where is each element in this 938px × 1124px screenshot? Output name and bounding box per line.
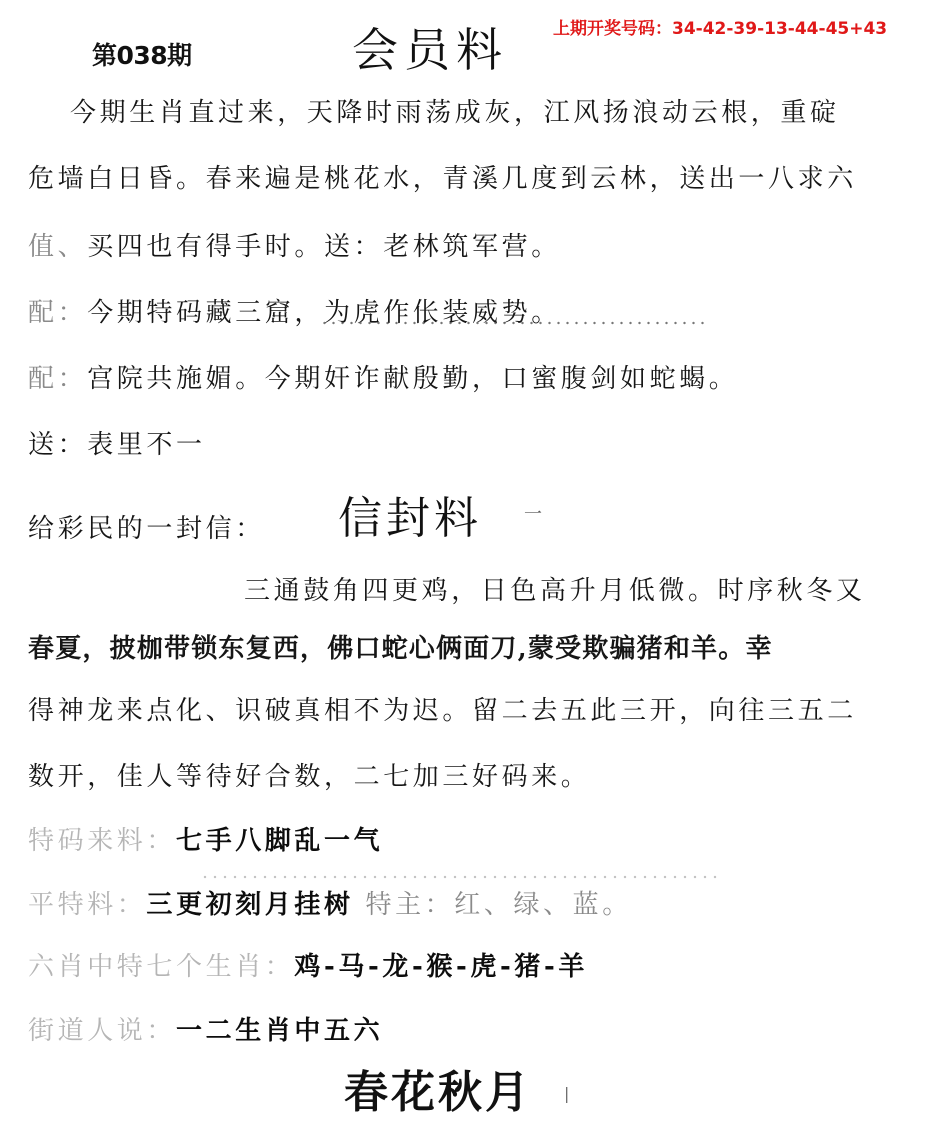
song-line: 送：表里不一 <box>28 424 206 461</box>
issue-number: 第038期 <box>92 36 192 72</box>
tip-label: 街道人说： <box>28 1016 176 1046</box>
poem-line: 今期生肖直过来，天降时雨荡成灰，江风扬浪动云根，重碇 <box>70 92 840 129</box>
last-draw-label: 上期开奖号码： <box>553 19 672 39</box>
tip-label: 六肖中特七个生肖： <box>28 952 294 982</box>
song-label: 送： <box>28 430 87 460</box>
tip-special-code: 特码来料：七手八脚乱一气 <box>28 820 383 857</box>
dotted-divider <box>200 874 720 880</box>
last-draw-numbers: 34-42-39-13-44-45+43 <box>672 19 887 39</box>
tip-flat-special: 平特料：三更初刻月挂树 特主：红、绿、蓝。 <box>28 884 632 921</box>
pei-label: 配： <box>28 298 87 328</box>
pei-line: 配：宫院共施媚。今期奸诈献殷勤，口蜜腹剑如蛇蝎。 <box>28 358 738 395</box>
tick-mark: | <box>564 1084 569 1103</box>
letter-title: 信封料 <box>338 482 482 546</box>
tip-zodiacs: 六肖中特七个生肖：鸡-马-龙-猴-虎-猪-羊 <box>28 946 588 983</box>
tip-label: 特码来料： <box>28 826 176 856</box>
poem-line: 值、买四也有得手时。送：老林筑军营。 <box>28 226 561 263</box>
last-draw-result: 上期开奖号码：34-42-39-13-44-45+43 <box>553 14 887 39</box>
letter-paragraph-line: 得神龙来点化、识破真相不为迟。留二去五此三开，向往三五二 <box>28 690 857 727</box>
page-title: 会员料 <box>352 14 508 80</box>
dotted-divider <box>320 320 710 326</box>
poem-line-text: 买四也有得手时。送：老林筑军营。 <box>87 232 561 262</box>
letter-paragraph-line: 春夏，披枷带锁东复西，佛口蛇心俩面刀,蒙受欺骗猪和羊。幸 <box>28 628 773 665</box>
poem-line-prefix: 值、 <box>28 232 87 262</box>
tip-street-saying: 街道人说：一二生肖中五六 <box>28 1010 383 1047</box>
song-text: 表里不一 <box>87 430 205 460</box>
poem-line: 危墙白日昏。春来遍是桃花水，青溪几度到云林，送出一八求六 <box>28 158 857 195</box>
dash-mark: 一 <box>524 500 542 526</box>
tip-extra: 特主：红、绿、蓝。 <box>365 890 631 920</box>
letter-paragraph-line: 数开，佳人等待好合数，二七加三好码来。 <box>28 756 590 793</box>
letter-label: 给彩民的一封信： <box>28 508 265 545</box>
tip-label: 平特料： <box>28 890 146 920</box>
footer-title: 春花秋月 <box>344 1056 532 1120</box>
pei-text: 宫院共施媚。今期奸诈献殷勤，口蜜腹剑如蛇蝎。 <box>87 364 738 394</box>
tip-value: 七手八脚乱一气 <box>176 826 383 856</box>
pei-label: 配： <box>28 364 87 394</box>
tip-value: 鸡-马-龙-猴-虎-猪-羊 <box>294 952 588 982</box>
tip-value: 三更初刻月挂树 <box>146 890 353 920</box>
letter-paragraph-line: 三通鼓角四更鸡，日色高升月低微。时序秋冬又 <box>244 570 866 607</box>
tip-value: 一二生肖中五六 <box>176 1016 383 1046</box>
